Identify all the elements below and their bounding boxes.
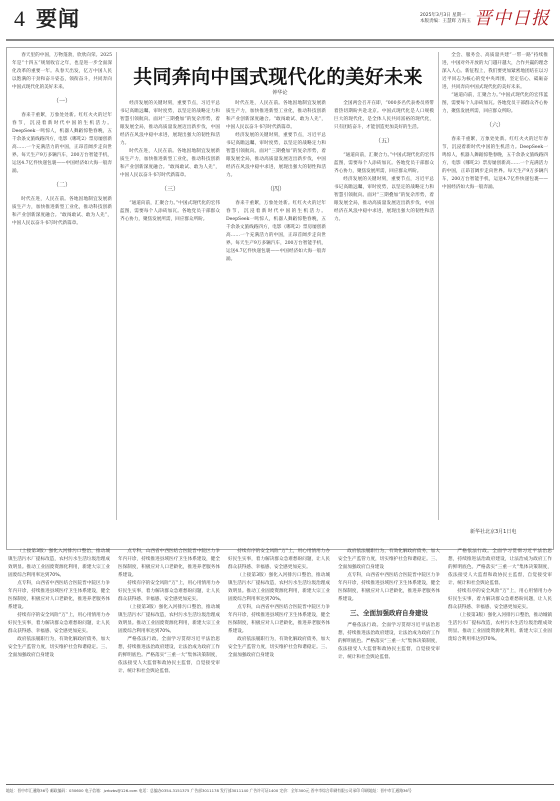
editor-credit: 本版责编：王慧辉 万海玉 [420, 19, 471, 25]
column-divider [438, 52, 439, 520]
report-column-5: 严格依法行政。全面学习贯彻习近平法治思想，持续推进法治政府建设，让法治成为政府工… [448, 548, 552, 770]
report-column-2: 点专科，山西省中西医结合医院晋中院区力争年内开诊，持续推进县域医疗卫生体系建设，… [118, 548, 220, 770]
report-column-4: 政府依法履职行为，有效化解政府债务，加大安全生产监管力度，切实维护社会和谐稳定。… [338, 548, 440, 770]
section-marker: （六） [442, 122, 548, 130]
section-marker: （五） [334, 138, 434, 146]
paragraph: “通道向前，汇聚合力。”中国式现代化的宏伟蓝图，需要每个人添砖加瓦。各地党员干部… [442, 92, 548, 116]
column-divider [116, 52, 117, 520]
paragraph: 春来千重絮，万象处处新。红红火火的过年春节，沉浸着新时代中国的生机活力。Deep… [442, 136, 548, 192]
newspaper-logo: 晋中日报 [474, 9, 550, 29]
paragraph: 政府依法履职行为，有效化解政府债务，加大安全生产监管力度，切实维护社会和谐稳定。… [338, 548, 440, 572]
header-rule [6, 39, 554, 41]
paragraph: （上接第3版）强化入河排污口整治，推动城镇生活污水厂提标改造，农村污水生活垃圾治… [8, 548, 110, 580]
paragraph: 严格依法行政。全面学习贯彻习近平法治思想，持续推进法治政府建设，让法治成为政府工… [118, 636, 220, 676]
paragraph: 春来千重絮，万象处处新。红红火火的过年春节，沉浸着新时代中国的生机活力。Deep… [12, 112, 112, 176]
page-number: 4 [14, 8, 25, 30]
article-column-4: 全国两会召开在即，“000多名代表委员将带着热切期盼共赴北京。中国式现代化是人口… [334, 100, 434, 520]
paragraph: 春来千重絮，万象处处新。红红火火的过年春节，沉浸着新时代中国的生机活力。Deep… [226, 200, 326, 264]
masthead: 4 要闻 2025年3月3日 星期一 本版责编：王慧辉 万海玉 晋中日报 [0, 0, 560, 36]
paragraph: 时代在进，人民在前。各地因地制宜发展新质生产力，加快推进新型工业化，推动科技创新… [12, 196, 112, 228]
report-column-1: （上接第3版）强化入河排污口整治，推动城镇生活污水厂提标改造，农村污水生活垃圾治… [8, 548, 110, 770]
paragraph: 持续有序的安全风险“万”上，用心用情用力办好民生实事，着力解决群众急难愁盼问题，… [228, 548, 330, 572]
article-sign-off: 新华社北京3月1日电 [470, 528, 516, 535]
paragraph: 点专科，山西省中西医结合医院晋中院区力争年内开诊，持续推进县域医疗卫生体系建设，… [118, 548, 220, 580]
paragraph: “通道向前，汇聚合力。”中国式现代化的宏伟蓝图，需要每个人添砖加瓦。各地党员干部… [120, 200, 220, 224]
paragraph: 政府依法履职行为，有效化解政府债务，加大安全生产监管力度，切实维护社会和谐稳定。… [228, 636, 330, 660]
paragraph: 持续有序的安全风险“万”上，用心用情用力办好民生实事，着力解决群众急难愁盼问题，… [448, 588, 552, 612]
article-column-3: 时代在进，人民在前。各地因地制宜发展新质生产力，加快推进新型工业化，推动科技创新… [226, 100, 326, 520]
paragraph: 时代在进，人民在前。各地因地制宜发展新质生产力，加快推进新型工业化，推动科技创新… [226, 100, 326, 132]
paragraph: 时代在进，人民在前。各地因地制宜发展新质生产力，加快推进新型工业化，推动科技创新… [120, 148, 220, 180]
paragraph: （上接第3版）强化入河排污口整治，推动城镇生活污水厂提标改造，农村污水生活垃圾治… [118, 604, 220, 636]
report-column-3: 持续有序的安全风险“万”上，用心用情用力办好民生实事，着力解决群众急难愁盼问题，… [228, 548, 330, 770]
paragraph: 经济发展的关键时刻，重要节点，习近平总书记高瞻远瞩，审时度势，以坚定的战略定力和… [226, 132, 326, 180]
paragraph: 点专科，山西省中西医结合医院晋中院区力争年内开诊，持续推进县域医疗卫生体系建设，… [338, 572, 440, 604]
paragraph: 点专科，山西省中西医结合医院晋中院区力争年内开诊，持续推进县域医疗卫生体系建设，… [228, 604, 330, 636]
paragraph: （上接第3版）强化入河排污口整治，推动城镇生活污水厂提标改造，农村污水生活垃圾治… [448, 612, 552, 644]
paragraph: 严格依法行政。全面学习贯彻习近平法治思想，持续推进法治政府建设，让法治成为政府工… [448, 548, 552, 588]
paragraph: 全国两会召开在即，“000多名代表委员将带着热切期盼共赴北京。中国式现代化是人口… [334, 100, 434, 132]
paragraph: 严格依法行政。全面学习贯彻习近平法治思想，持续推进法治政府建设，让法治成为政府工… [338, 622, 440, 662]
paragraph: 持续有序的安全风险“万”上，用心用情用力办好民生实事，着力解决群众急难愁盼问题，… [8, 612, 110, 636]
section-marker: （三） [120, 186, 220, 194]
section-marker: （一） [12, 98, 112, 106]
article-column-1: 春天里的中国，万物蓬勃，欣欣向荣。2025年是“十四五”规划收官之年，也是进一步… [12, 52, 112, 522]
paragraph: “通道向前，汇聚合力。”中国式现代化的宏伟蓝图，需要每个人添砖加瓦。各地党员干部… [334, 152, 434, 176]
article-headline: 共同奔向中国式现代化的美好未来 [118, 62, 438, 89]
paragraph: 持续有序的安全风险“万”上，用心用情用力办好民生实事，着力解决群众急难愁盼问题，… [118, 580, 220, 604]
paragraph: （上接第3版）强化入河排污口整治，推动城镇生活污水厂提标改造，农村污水生活垃圾治… [228, 572, 330, 604]
section-title: 要闻 [36, 8, 80, 30]
article-column-2: 经济发展的关键时刻，重要节点，习近平总书记高瞻远瞩，审时度势，以坚定的战略定力和… [120, 100, 220, 520]
paragraph: 政府依法履职行为，有效化解政府债务，加大安全生产监管力度，切实维护社会和谐稳定。… [8, 636, 110, 660]
footer-imprint: 地址：晋中市汇通路36号 邮政编码：030600 电子信箱：jzrbzbs@12… [6, 788, 554, 794]
article-byline: 钟华论 [240, 89, 320, 96]
paragraph: 春天里的中国，万物蓬勃，欣欣向荣。2025年是“十四五”规划收官之年，也是进一步… [12, 52, 112, 92]
article-column-5: 全会、服务会、高质量共建“一带一路”持续推进，中国对外开放的大门越开越大，合作共… [442, 52, 548, 522]
paragraph: 经济发展的关键时刻，重要节点，习近平总书记高瞻远瞩，审时度势，以坚定的战略定力和… [120, 100, 220, 148]
report-subhead: 三、全面加强政府自身建设 [338, 609, 440, 617]
paragraph: 经济发展的关键时刻，重要节点，习近平总书记高瞻远瞩，审时度势，以坚定的战略定力和… [334, 176, 434, 224]
section-marker: （四） [226, 186, 326, 194]
paragraph: 全会、服务会、高质量共建“一带一路”持续推进，中国对外开放的大门越开越大，合作共… [442, 52, 548, 92]
footer-rule [6, 784, 554, 785]
date-editor-block: 2025年3月3日 星期一 本版责编：王慧辉 万海玉 [420, 13, 471, 25]
paragraph: 点专科，山西省中西医结合医院晋中院区力争年内开诊，持续推进县域医疗卫生体系建设，… [8, 580, 110, 612]
section-marker: （二） [12, 182, 112, 190]
